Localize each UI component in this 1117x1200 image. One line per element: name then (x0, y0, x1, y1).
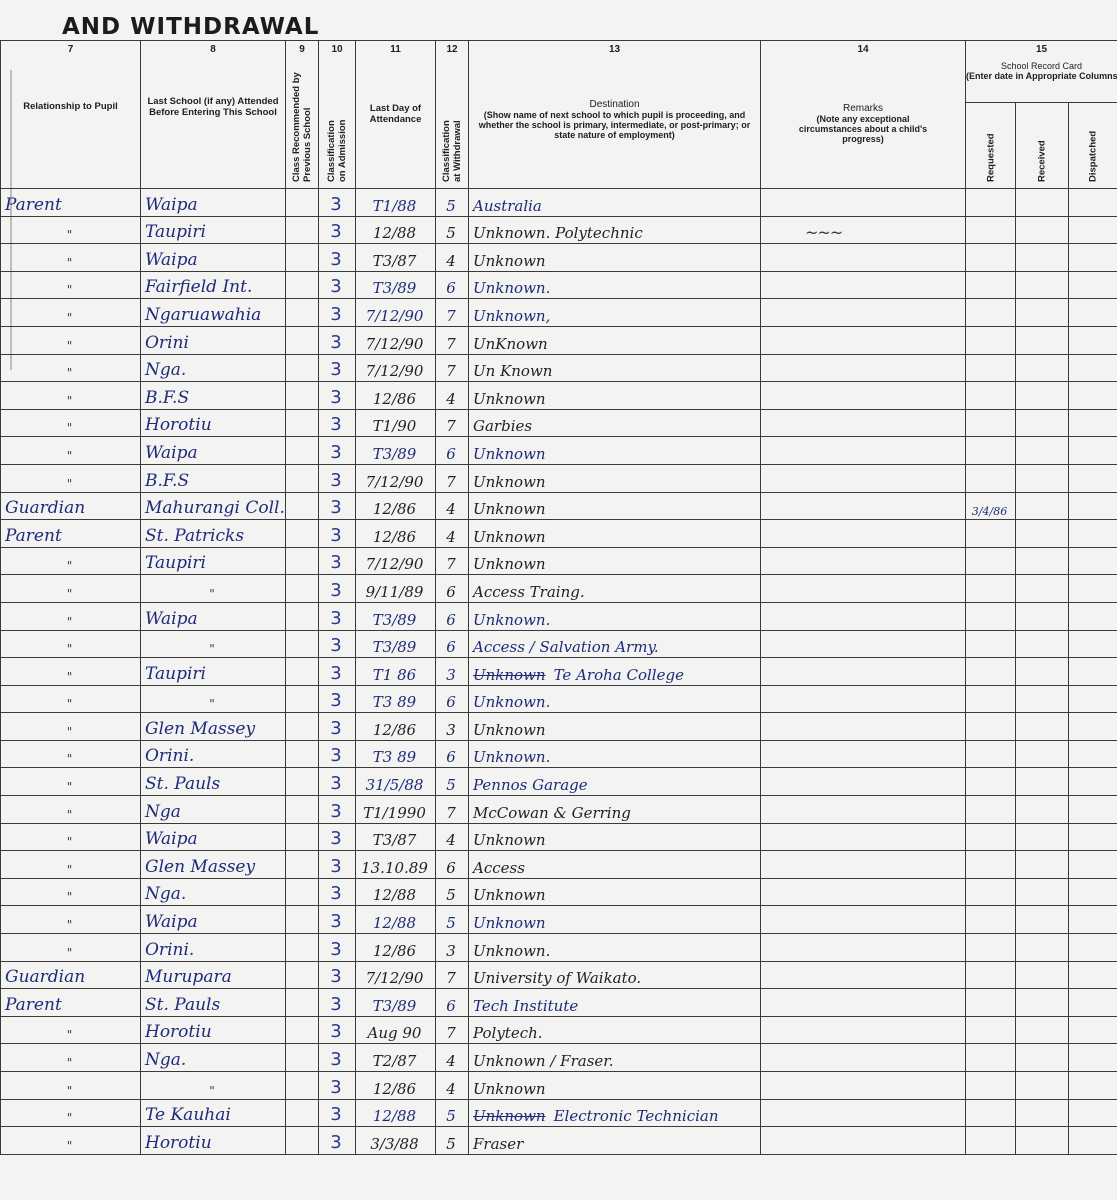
table-row: "Taupiri3T1 863UnknownTe Aroha College (1, 658, 1117, 686)
header-classification-admission: 10 Classification on Admission (319, 41, 356, 189)
cell-classification-admission: 3 (319, 989, 356, 1017)
cell-classification-admission: 3 (319, 216, 356, 244)
cell-record-received (1016, 602, 1069, 630)
column-number: 11 (356, 45, 435, 55)
cell-classification-admission: 3 (319, 244, 356, 272)
cell-class-recommended (286, 1099, 319, 1127)
table-row: "Nga.3T2/874Unknown / Fraser. (1, 1044, 1117, 1072)
cell-last-day: T3/89 (356, 630, 436, 658)
cell-destination: University of Waikato. (469, 961, 761, 989)
cell-destination: Tech Institute (469, 989, 761, 1017)
cell-relationship: " (1, 1016, 141, 1044)
cell-destination: UnKnown (469, 326, 761, 354)
cell-record-dispatched (1069, 575, 1117, 603)
cell-remarks (761, 851, 966, 879)
cell-record-dispatched (1069, 961, 1117, 989)
cell-record-requested (966, 299, 1016, 327)
cell-classification-withdrawal: 6 (436, 575, 469, 603)
cell-classification-admission: 3 (319, 299, 356, 327)
cell-classification-admission: 3 (319, 851, 356, 879)
cell-record-received (1016, 299, 1069, 327)
cell-record-dispatched (1069, 878, 1117, 906)
cell-class-recommended (286, 602, 319, 630)
cell-classification-withdrawal: 6 (436, 437, 469, 465)
cell-last-school: Horotiu (141, 1127, 286, 1155)
cell-record-requested (966, 244, 1016, 272)
table-row: "Taupiri37/12/907Unknown (1, 547, 1117, 575)
cell-remarks (761, 1016, 966, 1044)
cell-last-day: T3/87 (356, 244, 436, 272)
cell-classification-withdrawal: 7 (436, 547, 469, 575)
cell-record-requested (966, 354, 1016, 382)
cell-class-recommended (286, 1044, 319, 1072)
table-row: ParentSt. Patricks312/864Unknown (1, 520, 1117, 548)
cell-record-requested (966, 575, 1016, 603)
table-row: "Orini.312/863Unknown. (1, 934, 1117, 962)
cell-destination: McCowan & Gerring (469, 796, 761, 824)
cell-relationship: " (1, 326, 141, 354)
cell-classification-withdrawal: 7 (436, 1016, 469, 1044)
cell-record-received (1016, 492, 1069, 520)
cell-destination: Unknown (469, 713, 761, 741)
cell-class-recommended (286, 851, 319, 879)
cell-last-school: Nga. (141, 354, 286, 382)
cell-remarks (761, 354, 966, 382)
cell-last-day: 12/88 (356, 878, 436, 906)
cell-classification-admission: 3 (319, 326, 356, 354)
cell-record-requested (966, 216, 1016, 244)
cell-classification-admission: 3 (319, 658, 356, 686)
cell-remarks (761, 961, 966, 989)
header-dispatched: Dispatched (1069, 103, 1117, 189)
cell-classification-admission: 3 (319, 464, 356, 492)
cell-last-school: Waipa (141, 823, 286, 851)
cell-record-requested (966, 685, 1016, 713)
withdrawal-register-table: 7 Relationship to Pupil 8 Last School (i… (0, 40, 1117, 1155)
cell-relationship: " (1, 768, 141, 796)
header-school-record-card: 15 School Record Card (Enter date in App… (966, 41, 1117, 103)
cell-last-day: T3/89 (356, 989, 436, 1017)
cell-record-dispatched (1069, 1127, 1117, 1155)
cell-classification-withdrawal: 3 (436, 713, 469, 741)
cell-record-dispatched (1069, 492, 1117, 520)
cell-last-day: T1/88 (356, 189, 436, 217)
cell-last-day: Aug 90 (356, 1016, 436, 1044)
cell-classification-withdrawal: 6 (436, 630, 469, 658)
column-label: Remarks (843, 103, 883, 114)
cell-record-received (1016, 630, 1069, 658)
column-number: 12 (436, 45, 468, 55)
cell-last-school: Nga. (141, 1044, 286, 1072)
cell-class-recommended (286, 547, 319, 575)
cell-destination: UnknownTe Aroha College (469, 658, 761, 686)
cell-record-requested (966, 658, 1016, 686)
column-label: Destination (589, 99, 639, 110)
cell-record-dispatched (1069, 934, 1117, 962)
cell-class-recommended (286, 740, 319, 768)
cell-classification-withdrawal: 5 (436, 1127, 469, 1155)
table-row: "Waipa3T3/896Unknown. (1, 602, 1117, 630)
cell-destination: Unknown (469, 382, 761, 410)
cell-classification-withdrawal: 6 (436, 851, 469, 879)
cell-record-dispatched (1069, 354, 1117, 382)
table-row: "Horotiu3T1/907Garbies (1, 409, 1117, 437)
header-last-school: 8 Last School (if any) Attended Before E… (141, 41, 286, 189)
cell-record-received (1016, 409, 1069, 437)
column-label: Last Day of Attendance (356, 103, 435, 125)
table-row: ParentSt. Pauls3T3/896Tech Institute (1, 989, 1117, 1017)
cell-record-dispatched (1069, 768, 1117, 796)
cell-relationship: " (1, 299, 141, 327)
cell-classification-withdrawal: 5 (436, 189, 469, 217)
cell-remarks (761, 768, 966, 796)
table-row: "Waipa3T3/874Unknown (1, 823, 1117, 851)
cell-class-recommended (286, 189, 319, 217)
cell-classification-admission: 3 (319, 1016, 356, 1044)
cell-last-school: Taupiri (141, 547, 286, 575)
cell-classification-admission: 3 (319, 1044, 356, 1072)
cell-record-received (1016, 685, 1069, 713)
header-last-day: 11 Last Day of Attendance (356, 41, 436, 189)
cell-destination: Unknown (469, 823, 761, 851)
cell-class-recommended (286, 409, 319, 437)
cell-record-received (1016, 520, 1069, 548)
cell-class-recommended (286, 520, 319, 548)
cell-class-recommended (286, 464, 319, 492)
cell-relationship: " (1, 658, 141, 686)
cell-record-received (1016, 823, 1069, 851)
cell-last-school: " (141, 575, 286, 603)
cell-record-dispatched (1069, 823, 1117, 851)
table-row: "Orini37/12/907UnKnown (1, 326, 1117, 354)
cell-record-dispatched (1069, 713, 1117, 741)
cell-last-school: Horotiu (141, 409, 286, 437)
cell-record-requested (966, 1099, 1016, 1127)
cell-relationship: " (1, 740, 141, 768)
cell-classification-withdrawal: 5 (436, 878, 469, 906)
cell-class-recommended (286, 906, 319, 934)
cell-last-day: 7/12/90 (356, 464, 436, 492)
cell-record-dispatched (1069, 409, 1117, 437)
cell-class-recommended (286, 354, 319, 382)
cell-remarks (761, 602, 966, 630)
corrected-text: Te Aroha College (554, 666, 684, 684)
cell-record-received (1016, 768, 1069, 796)
cell-classification-admission: 3 (319, 547, 356, 575)
cell-record-dispatched (1069, 1099, 1117, 1127)
cell-relationship: " (1, 934, 141, 962)
cell-remarks (761, 630, 966, 658)
squiggle-mark: ~~~ (765, 223, 842, 242)
cell-record-received (1016, 878, 1069, 906)
cell-last-school: Waipa (141, 906, 286, 934)
cell-classification-withdrawal: 4 (436, 1044, 469, 1072)
cell-remarks (761, 989, 966, 1017)
cell-destination: Access Traing. (469, 575, 761, 603)
cell-record-requested (966, 961, 1016, 989)
cell-destination: Unknown (469, 244, 761, 272)
cell-last-school: Waipa (141, 189, 286, 217)
cell-relationship: " (1, 244, 141, 272)
table-row: "Nga.37/12/907Un Known (1, 354, 1117, 382)
cell-record-requested (966, 851, 1016, 879)
table-row: "Horotiu33/3/885Fraser (1, 1127, 1117, 1155)
cell-class-recommended (286, 492, 319, 520)
cell-record-requested (966, 823, 1016, 851)
cell-last-school: Orini (141, 326, 286, 354)
cell-last-school: Waipa (141, 244, 286, 272)
cell-classification-withdrawal: 7 (436, 299, 469, 327)
cell-destination: Unknown (469, 520, 761, 548)
cell-last-school: St. Pauls (141, 768, 286, 796)
column-number: 9 (286, 45, 318, 55)
struck-text: Unknown (473, 1107, 546, 1125)
cell-remarks (761, 271, 966, 299)
cell-destination: Access / Salvation Army. (469, 630, 761, 658)
cell-record-received (1016, 382, 1069, 410)
cell-classification-admission: 3 (319, 630, 356, 658)
cell-record-requested (966, 1072, 1016, 1100)
cell-relationship: " (1, 796, 141, 824)
cell-last-school: Taupiri (141, 658, 286, 686)
cell-remarks (761, 299, 966, 327)
cell-destination: Unknown. (469, 602, 761, 630)
cell-classification-withdrawal: 5 (436, 216, 469, 244)
table-row: ""39/11/896Access Traing. (1, 575, 1117, 603)
cell-last-school: " (141, 685, 286, 713)
cell-classification-admission: 3 (319, 1099, 356, 1127)
table-row: ""3T3/896Access / Salvation Army. (1, 630, 1117, 658)
cell-destination: UnknownElectronic Technician (469, 1099, 761, 1127)
cell-record-received (1016, 216, 1069, 244)
cell-record-received (1016, 989, 1069, 1017)
cell-classification-withdrawal: 5 (436, 906, 469, 934)
cell-class-recommended (286, 1072, 319, 1100)
cell-class-recommended (286, 878, 319, 906)
cell-class-recommended (286, 216, 319, 244)
cell-destination: Unknown. (469, 685, 761, 713)
cell-last-day: 7/12/90 (356, 326, 436, 354)
cell-last-school: Fairfield Int. (141, 271, 286, 299)
cell-relationship: Guardian (1, 492, 141, 520)
table-row: "St. Pauls331/5/885Pennos Garage (1, 768, 1117, 796)
table-row: "Te Kauhai312/885UnknownElectronic Techn… (1, 1099, 1117, 1127)
cell-classification-admission: 3 (319, 713, 356, 741)
table-row: "Ngaruawahia37/12/907Unknown, (1, 299, 1117, 327)
cell-record-received (1016, 1044, 1069, 1072)
cell-destination: Unknown (469, 878, 761, 906)
cell-class-recommended (286, 326, 319, 354)
cell-classification-admission: 3 (319, 492, 356, 520)
cell-destination: Unknown. (469, 740, 761, 768)
table-row: "Fairfield Int.3T3/896Unknown. (1, 271, 1117, 299)
header-relationship: 7 Relationship to Pupil (1, 41, 141, 189)
cell-last-day: 12/86 (356, 713, 436, 741)
cell-destination: Access (469, 851, 761, 879)
cell-destination: Unknown (469, 492, 761, 520)
cell-record-received (1016, 575, 1069, 603)
cell-classification-admission: 3 (319, 823, 356, 851)
cell-record-requested (966, 1044, 1016, 1072)
cell-classification-withdrawal: 3 (436, 934, 469, 962)
cell-record-dispatched (1069, 520, 1117, 548)
cell-remarks (761, 713, 966, 741)
cell-record-requested (966, 520, 1016, 548)
cell-classification-admission: 3 (319, 409, 356, 437)
cell-record-requested (966, 464, 1016, 492)
cell-class-recommended (286, 437, 319, 465)
cell-last-school: St. Pauls (141, 989, 286, 1017)
cell-relationship: " (1, 575, 141, 603)
cell-classification-withdrawal: 6 (436, 685, 469, 713)
cell-relationship: Guardian (1, 961, 141, 989)
cell-record-dispatched (1069, 685, 1117, 713)
cell-destination: Unknown. (469, 934, 761, 962)
cell-destination: Unknown / Fraser. (469, 1044, 761, 1072)
header-classification-withdrawal: 12 Classification at Withdrawal (436, 41, 469, 189)
cell-last-school: Horotiu (141, 1016, 286, 1044)
page-title: AND WITHDRAWAL (62, 14, 319, 40)
cell-record-received (1016, 713, 1069, 741)
cell-class-recommended (286, 961, 319, 989)
cell-classification-withdrawal: 6 (436, 989, 469, 1017)
cell-classification-withdrawal: 7 (436, 326, 469, 354)
cell-last-school: Orini. (141, 934, 286, 962)
cell-relationship: " (1, 602, 141, 630)
cell-record-requested (966, 547, 1016, 575)
cell-last-day: T1/1990 (356, 796, 436, 824)
cell-relationship: " (1, 1099, 141, 1127)
cell-record-received (1016, 1099, 1069, 1127)
column-number: 7 (1, 45, 140, 55)
column-label: School Record Card (966, 61, 1117, 71)
cell-record-requested (966, 989, 1016, 1017)
cell-relationship: " (1, 1072, 141, 1100)
cell-remarks (761, 658, 966, 686)
cell-record-dispatched (1069, 630, 1117, 658)
cell-class-recommended (286, 1016, 319, 1044)
cell-remarks (761, 575, 966, 603)
cell-last-school: Mahurangi Coll. (141, 492, 286, 520)
cell-classification-withdrawal: 4 (436, 244, 469, 272)
column-sublabel: (Enter date in Appropriate Columns) (966, 71, 1117, 81)
cell-last-day: T2/87 (356, 1044, 436, 1072)
cell-record-received (1016, 658, 1069, 686)
cell-relationship: Parent (1, 189, 141, 217)
cell-class-recommended (286, 1127, 319, 1155)
cell-last-school: B.F.S (141, 382, 286, 410)
cell-class-recommended (286, 271, 319, 299)
cell-classification-admission: 3 (319, 437, 356, 465)
cell-class-recommended (286, 685, 319, 713)
cell-record-requested (966, 713, 1016, 741)
cell-classification-admission: 3 (319, 878, 356, 906)
cell-last-day: 12/86 (356, 382, 436, 410)
cell-record-requested (966, 1127, 1016, 1155)
cell-record-dispatched (1069, 1072, 1117, 1100)
cell-last-day: 12/86 (356, 934, 436, 962)
cell-record-requested (966, 189, 1016, 217)
cell-remarks (761, 1072, 966, 1100)
cell-classification-withdrawal: 5 (436, 768, 469, 796)
table-row: "Orini.3T3 896Unknown. (1, 740, 1117, 768)
cell-classification-admission: 3 (319, 575, 356, 603)
cell-record-dispatched (1069, 216, 1117, 244)
column-number: 8 (141, 45, 285, 55)
cell-record-dispatched (1069, 326, 1117, 354)
column-label: Requested (985, 122, 996, 182)
cell-last-school: St. Patricks (141, 520, 286, 548)
cell-class-recommended (286, 768, 319, 796)
cell-last-school: " (141, 1072, 286, 1100)
cell-classification-withdrawal: 6 (436, 271, 469, 299)
cell-record-dispatched (1069, 382, 1117, 410)
cell-last-day: 7/12/90 (356, 547, 436, 575)
header-requested: Requested (966, 103, 1016, 189)
cell-record-received (1016, 437, 1069, 465)
column-label: Received (1037, 122, 1048, 182)
cell-destination: Unknown. (469, 271, 761, 299)
cell-last-school: Orini. (141, 740, 286, 768)
table-row: "Taupiri312/885Unknown. Polytechnic~~~ (1, 216, 1117, 244)
cell-record-received (1016, 244, 1069, 272)
cell-destination: Unknown (469, 1072, 761, 1100)
cell-remarks (761, 189, 966, 217)
cell-record-received (1016, 796, 1069, 824)
cell-record-requested (966, 906, 1016, 934)
cell-record-requested (966, 796, 1016, 824)
cell-classification-withdrawal: 7 (436, 464, 469, 492)
cell-last-day: T3/89 (356, 602, 436, 630)
header-destination: 13 Destination (Show name of next school… (469, 41, 761, 189)
cell-record-requested (966, 1016, 1016, 1044)
cell-classification-admission: 3 (319, 934, 356, 962)
cell-record-received (1016, 189, 1069, 217)
cell-record-dispatched (1069, 189, 1117, 217)
cell-destination: Unknown. Polytechnic (469, 216, 761, 244)
table-row: "Horotiu3Aug 907Polytech. (1, 1016, 1117, 1044)
cell-last-school: Nga (141, 796, 286, 824)
column-label: Relationship to Pupil (1, 101, 140, 112)
cell-classification-admission: 3 (319, 354, 356, 382)
column-label: Class Recommended by Previous School (291, 62, 313, 182)
cell-record-requested (966, 437, 1016, 465)
cell-last-day: 9/11/89 (356, 575, 436, 603)
cell-record-received (1016, 354, 1069, 382)
column-label: Classification on Admission (326, 112, 348, 182)
cell-classification-admission: 3 (319, 685, 356, 713)
cell-class-recommended (286, 796, 319, 824)
cell-classification-withdrawal: 4 (436, 382, 469, 410)
cell-destination: Unknown (469, 437, 761, 465)
cell-record-dispatched (1069, 547, 1117, 575)
cell-class-recommended (286, 575, 319, 603)
cell-classification-withdrawal: 7 (436, 409, 469, 437)
cell-class-recommended (286, 989, 319, 1017)
cell-record-received (1016, 1127, 1069, 1155)
cell-record-dispatched (1069, 658, 1117, 686)
cell-remarks (761, 796, 966, 824)
cell-class-recommended (286, 244, 319, 272)
cell-destination: Australia (469, 189, 761, 217)
cell-record-dispatched (1069, 989, 1117, 1017)
cell-classification-admission: 3 (319, 906, 356, 934)
cell-record-dispatched (1069, 437, 1117, 465)
cell-classification-admission: 3 (319, 271, 356, 299)
cell-relationship: " (1, 685, 141, 713)
struck-text: Unknown (473, 666, 546, 684)
cell-classification-withdrawal: 7 (436, 961, 469, 989)
